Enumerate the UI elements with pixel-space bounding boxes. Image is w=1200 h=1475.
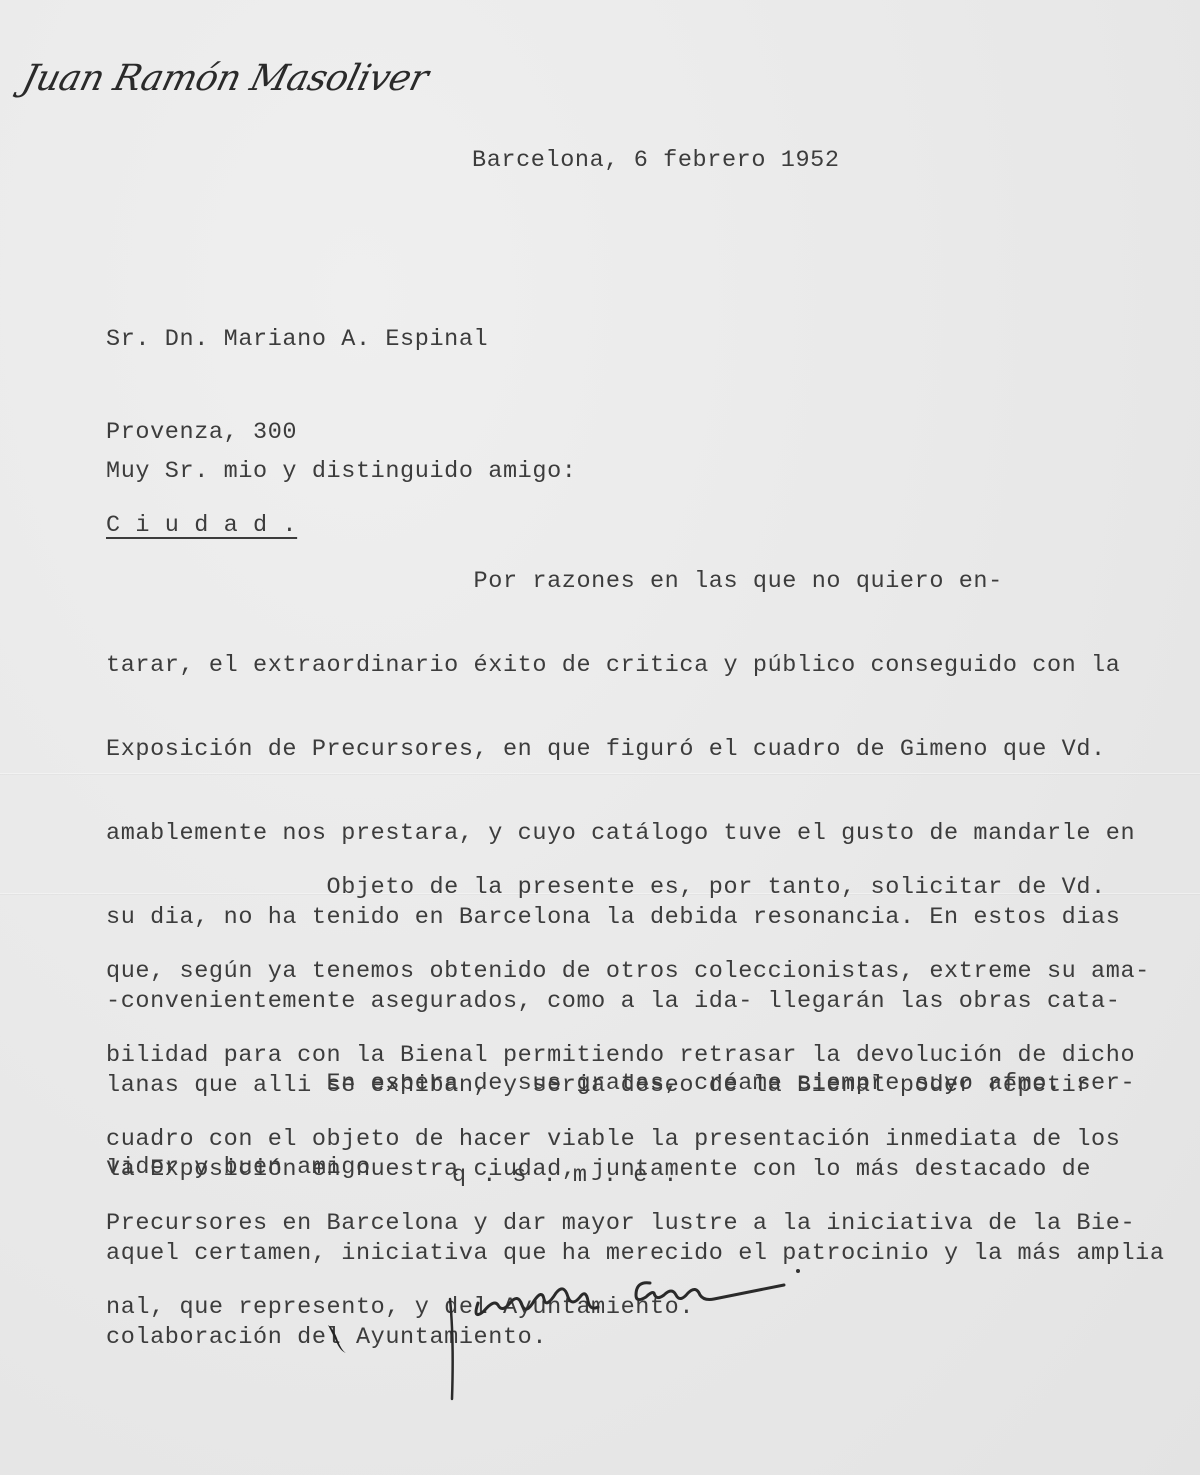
recipient-street: Provenza, 300	[106, 417, 488, 448]
text-line: Exposición de Precursores, en que figuró…	[106, 736, 1165, 764]
text-line: Precursores en Barcelona y dar mayor lus…	[106, 1210, 1150, 1238]
date-line: Barcelona, 6 febrero 1952	[472, 147, 840, 174]
ink-blot	[328, 1325, 346, 1353]
closing-abbreviation: q . s . m . e .	[452, 1162, 679, 1189]
signature	[310, 1255, 870, 1435]
salutation: Muy Sr. mio y distinguido amigo:	[106, 458, 576, 485]
letterhead: Juan Ramón Masoliver	[18, 58, 432, 99]
text-line: que, según ya tenemos obtenido de otros …	[106, 958, 1150, 986]
text-line: En espera de sus gratas, créame siempre …	[106, 1070, 1135, 1098]
text-line: Por razones en las que no quiero en-	[106, 568, 1165, 596]
recipient-name: Sr. Dn. Mariano A. Espinal	[106, 324, 488, 355]
text-line: Objeto de la presente es, por tanto, sol…	[106, 874, 1150, 902]
text-line: tarar, el extraordinario éxito de critic…	[106, 652, 1165, 680]
